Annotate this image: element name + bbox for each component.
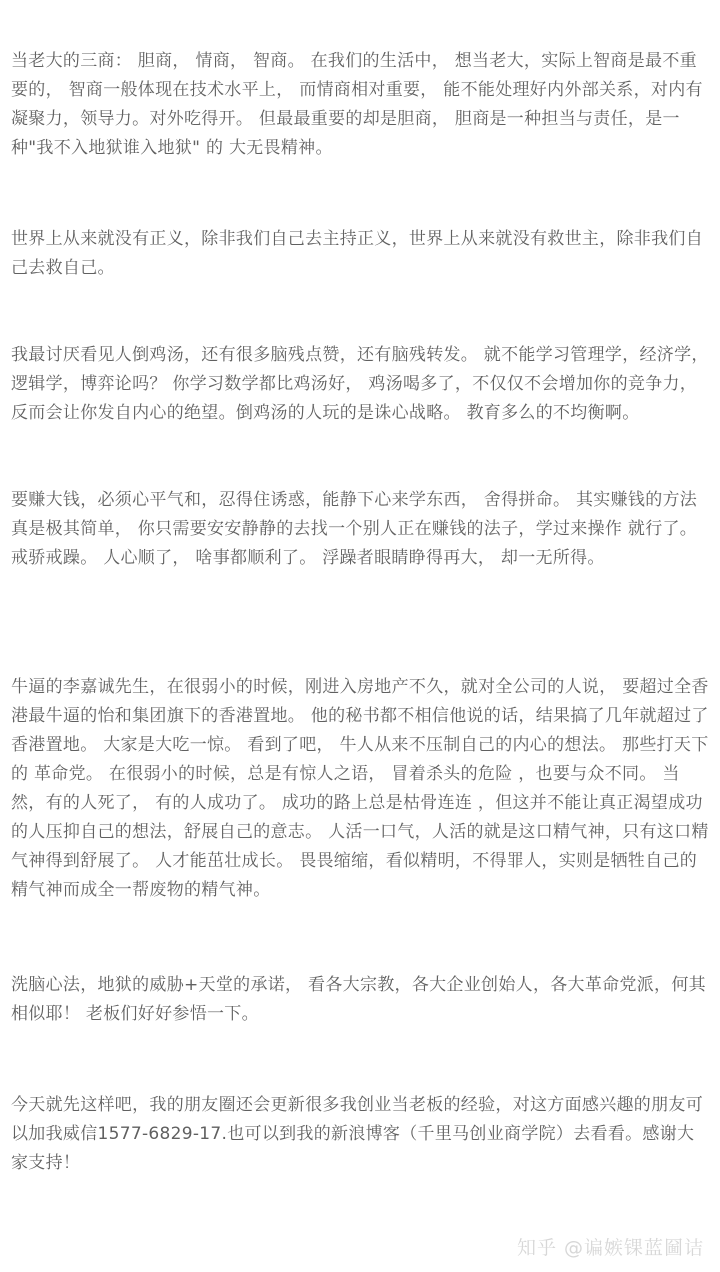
paragraph-zhuanqian: 要赚大钱，必须心平气和，忍得住诱惑，能静下心来学东西， 舍得拼命。 其实赚钱的方… [11, 486, 709, 573]
paragraph-lijiacheng: 牛逼的李嘉诚先生，在很弱小的时候，刚进入房地产不久，就对全公司的人说， 要超过全… [11, 673, 709, 905]
paragraph-xinao: 洗脑心法，地狱的威胁+天堂的承诺， 看各大宗教，各大企业创始人，各大革命党派，何… [11, 971, 709, 1029]
paragraph-justice: 世界上从来就没有正义，除非我们自己去主持正义，世界上从来就没有救世主，除非我们自… [11, 225, 709, 283]
paragraph-contact: 今天就先这样吧，我的朋友圈还会更新很多我创业当老板的经验，对这方面感兴趣的朋友可… [11, 1091, 709, 1178]
article-page: 当老大的三商： 胆商， 情商， 智商。 在我们的生活中， 想当老大，实际上智商是… [0, 0, 720, 1272]
zhihu-watermark: 知乎 @谝嫉锞蓝圙诘 [517, 1233, 704, 1260]
paragraph-jitang: 我最讨厌看见人倒鸡汤，还有很多脑残点赞，还有脑残转发。 就不能学习管理学，经济学… [11, 341, 709, 428]
paragraph-san-shang: 当老大的三商： 胆商， 情商， 智商。 在我们的生活中， 想当老大，实际上智商是… [11, 47, 709, 163]
